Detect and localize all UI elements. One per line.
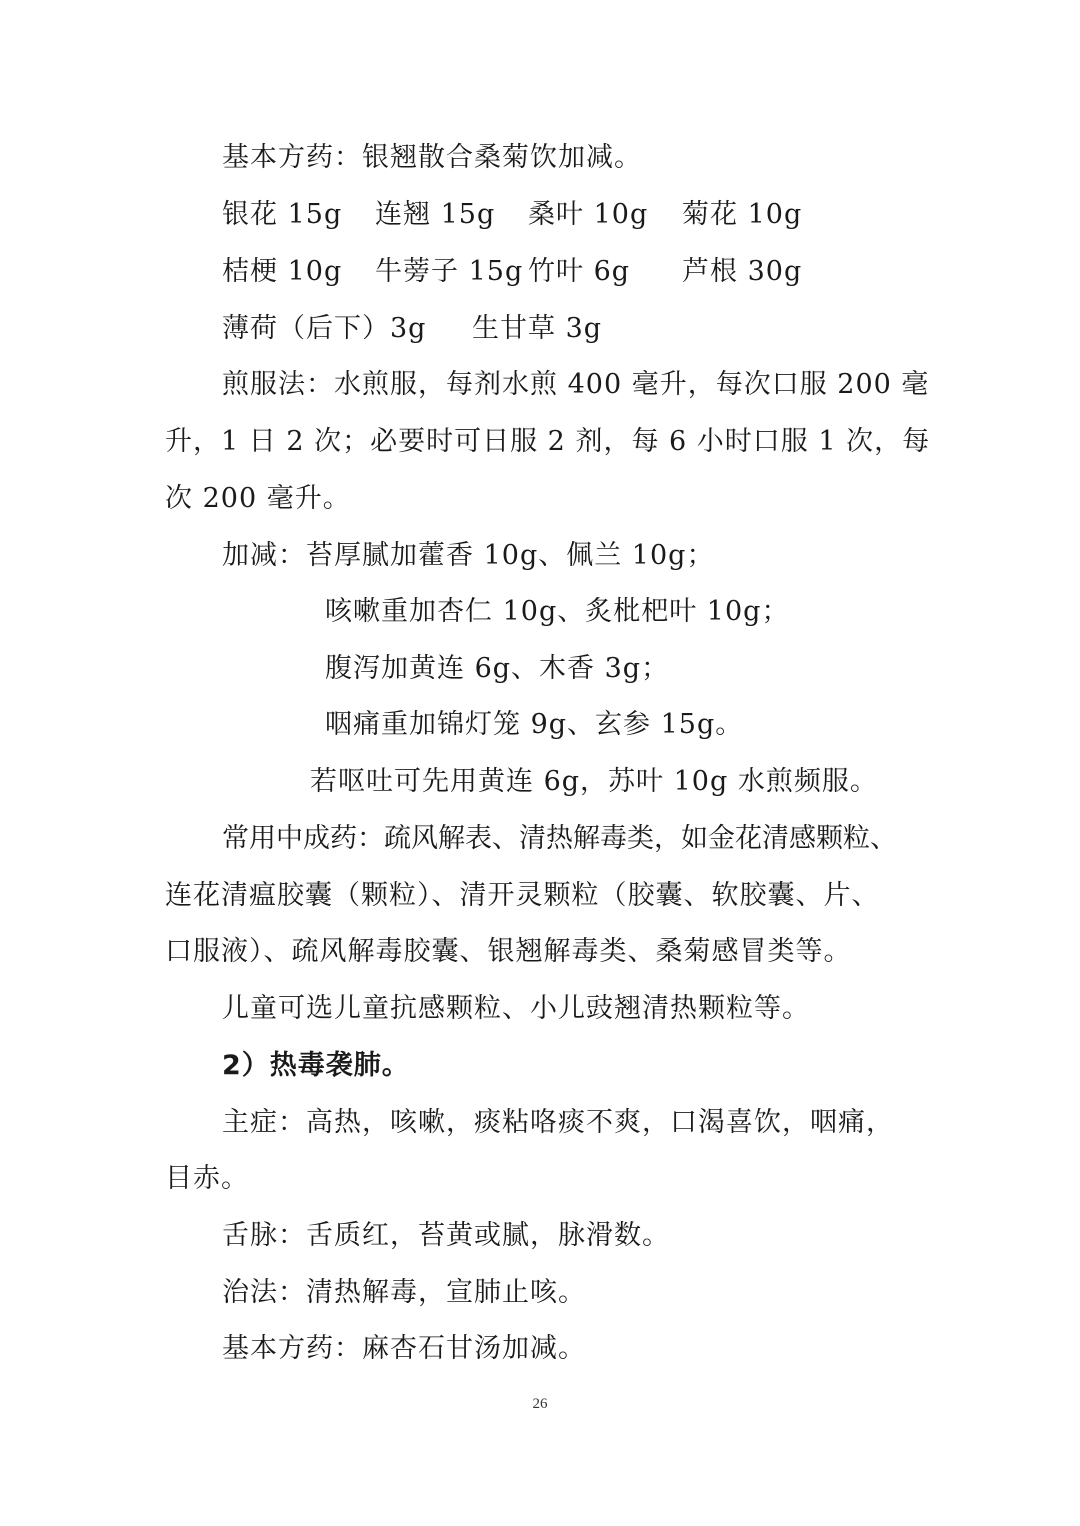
document-page: 基本方药：银翘散合桑菊饮加减。 银花 15g 连翘 15g 桑叶 10g 菊花 … [0,0,1080,1526]
decoction-line-1: 煎服法：水煎服，每剂水煎 400 毫升，每次口服 200 毫 [222,367,929,403]
herb-item: 牛蒡子 15g [375,254,523,290]
section-heading: 2）热毒袭肺。 [222,1048,410,1084]
children-medicine: 儿童可选儿童抗感颗粒、小儿豉翘清热颗粒等。 [222,991,810,1027]
page-number: 26 [0,1394,1080,1414]
patent-medicine-line-3: 口服液）、疏风解毒胶囊、银翘解毒类、桑菊感冒类等。 [165,934,852,970]
herb-item: 银花 15g [222,197,342,233]
herb-item: 桑叶 10g [528,197,648,233]
patent-medicine-line-1: 常用中成药：疏风解表、清热解毒类，如金花清感颗粒、 [222,821,897,857]
herb-item: 连翘 15g [375,197,495,233]
herb-item: 薄荷（后下）3g [222,311,426,347]
herb-item: 菊花 10g [682,197,802,233]
modification-line-5: 若呕吐可先用黄连 6g，苏叶 10g 水煎频服。 [310,764,878,800]
modification-line-1: 加减：苔厚腻加藿香 10g、佩兰 10g； [222,538,714,574]
herb-item: 生甘草 3g [472,311,602,347]
symptoms-line-1: 主症：高热，咳嗽，痰粘咯痰不爽，口渴喜饮，咽痛， [222,1105,894,1141]
decoction-line-2: 升，1 日 2 次；必要时可日服 2 剂，每 6 小时口服 1 次，每 [165,424,930,460]
symptoms-line-2: 目赤。 [165,1161,249,1197]
patent-medicine-line-2: 连花清瘟胶囊（颗粒）、清开灵颗粒（胶囊、软胶囊、片、 [165,878,880,914]
tongue-pulse: 舌脉：舌质红，苔黄或腻，脉滑数。 [222,1218,670,1254]
herb-item: 桔梗 10g [222,254,342,290]
treatment-method: 治法：清热解毒，宣肺止咳。 [222,1275,586,1311]
herb-item: 竹叶 6g [528,254,630,290]
decoction-line-3: 次 200 毫升。 [165,481,351,517]
modification-line-2: 咳嗽重加杏仁 10g、炙枇杷叶 10g； [325,594,789,630]
herb-item: 芦根 30g [682,254,802,290]
modification-line-4: 咽痛重加锦灯笼 9g、玄参 15g。 [325,707,743,743]
modification-line-3: 腹泻加黄连 6g、木香 3g； [325,651,669,687]
formula-title-2: 基本方药：麻杏石甘汤加减。 [222,1331,586,1367]
formula-title: 基本方药：银翘散合桑菊饮加减。 [222,140,642,176]
